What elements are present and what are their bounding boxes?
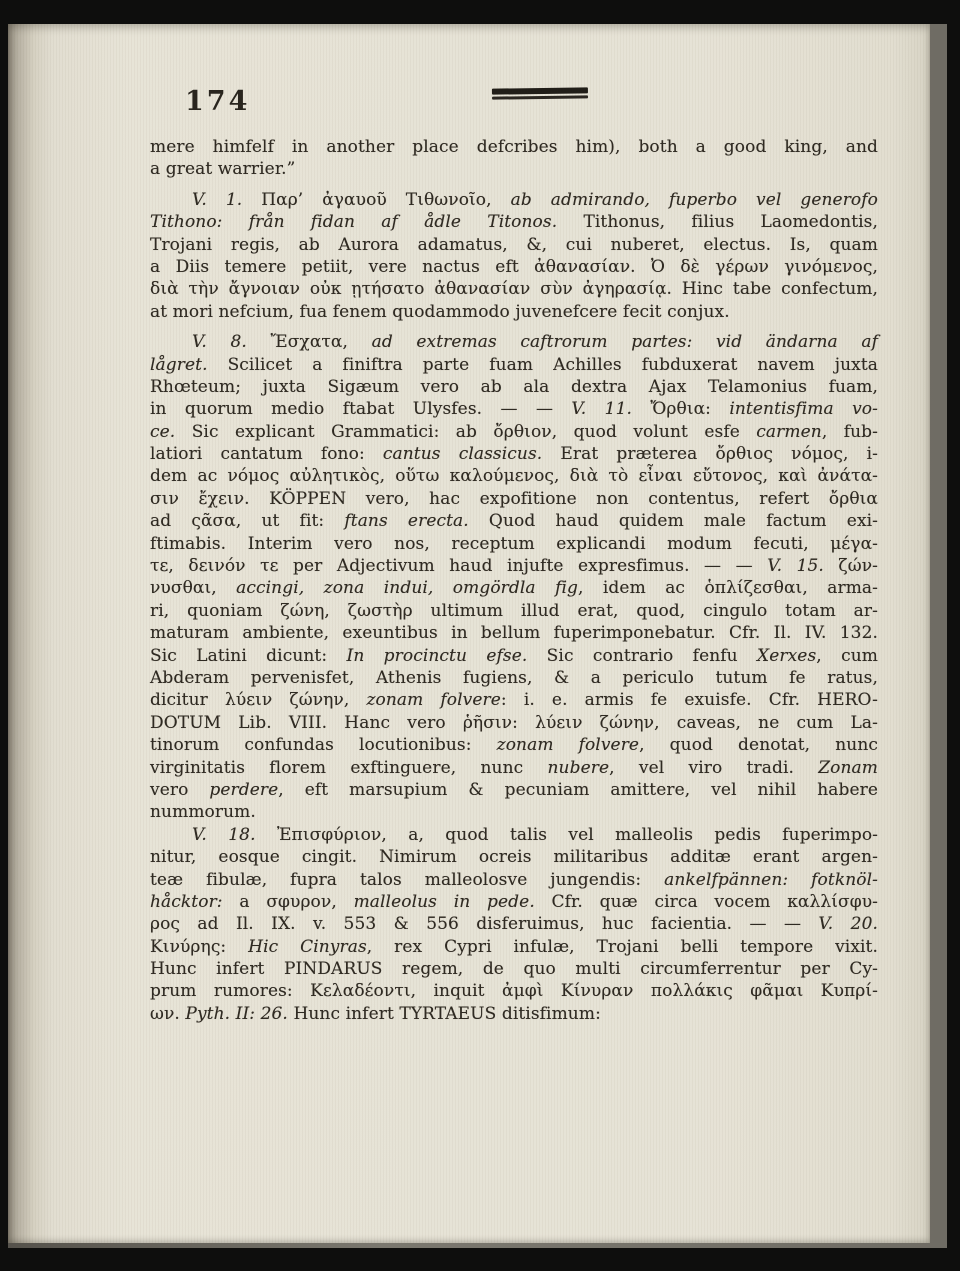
text-line: in quorum medio ftabat Ulysfes. — — V. 1… [150,398,878,420]
text-line: διὰ τὴν ἄγνοιαν οὐκ ῃτήσατο ἀθανασίαν σὺ… [150,278,878,300]
text-line: håcktor: a σφυρον, malleolus in pede. Cf… [150,891,878,913]
text-line: a great warrier.” [150,158,878,180]
text-line: nummorum. [150,801,878,823]
text-line: virginitatis florem exftinguere, nunc nu… [150,757,878,779]
text-line: lågret. Scilicet a finiftra parte fuam A… [150,354,878,376]
text-line: ftimabis. Interim vero nos, receptum exp… [150,533,878,555]
text-line: νυσθαι, accingi, zona indui, omgördla fi… [150,577,878,599]
text-line: DOTUM Lib. VIII. Hanc vero ῥῆσιν: λύειν … [150,712,878,734]
text-line: ρος ad Il. IX. v. 553 & 556 disferuimus,… [150,913,878,935]
text-line: prum rumores: Κελαδέοντι, inquit ἀμφὶ Κί… [150,980,878,1002]
text-line: dicitur λύειν ζώνην, zonam folvere: i. e… [150,689,878,711]
text-line: teæ fibulæ, fupra talos malleolosve jung… [150,869,878,891]
text-line: ων. Pyth. II: 26. Hunc infert TYRTAEUS d… [150,1003,878,1025]
text-line: ri, quoniam ζώνη, ζωστὴρ ultimum illud e… [150,600,878,622]
rule-bar-thick [492,87,588,94]
text-line: V. 1. Παρ’ ἀγαυοῦ Τιθωνοῖο, ab admirando… [150,189,878,211]
text-line: a Diis temere petiit, vere nactus eft ἀθ… [150,256,878,278]
text-line: Abderam pervenisfet, Athenis fugiens, & … [150,667,878,689]
text-line: dem ac νόμος αὐλητικὸς, οὕτω καλούμενος,… [150,465,878,487]
text-block: mere himfelf in another place defcribes … [150,136,878,1025]
text-line: maturam ambiente, exeuntibus in bellum f… [150,622,878,644]
text-line: Rhœteum; juxta Sigæum vero ab ala dextra… [150,376,878,398]
text-line: latiori cantatum fono: cantus classicus.… [150,443,878,465]
text-line: V. 18. Ἐπισφύριον, a, quod talis vel mal… [150,824,878,846]
text-line: vero perdere, eft marsupium & pecuniam a… [150,779,878,801]
book-page: 174 mere himfelf in another place defcri… [8,24,930,1243]
text-line: σιν ἔχειν. KÖPPEN vero, hac expofitione … [150,488,878,510]
text-line: Sic Latini dicunt: In procinctu efse. Si… [150,645,878,667]
page-number: 174 [185,86,250,117]
text-line: Trojani regis, ab Aurora adamatus, &, cu… [150,234,878,256]
text-line: tinorum confundas locutionibus: zonam fo… [150,734,878,756]
scanned-book-photo: 174 mere himfelf in another place defcri… [0,0,960,1271]
text-line: mere himfelf in another place defcribes … [150,136,878,158]
text-line: at mori nefcium, fua fenem quodammodo ju… [150,301,878,323]
text-line: Κινύρης: Hic Cinyras, rex Cypri infulæ, … [150,936,878,958]
text-line: V. 8. Ἔσχατα, ad extremas caftrorum part… [150,331,878,353]
text-line: ad ςᾶσα, ut fit: ftans erecta. Quod haud… [150,510,878,532]
text-line: nitur, eosque cingit. Nimirum ocreis mil… [150,846,878,868]
text-line: ce. Sic explicant Grammatici: ab ὄρθιον,… [150,421,878,443]
rule-bar-thin [492,95,588,99]
text-line: Hunc infert PINDARUS regem, de quo multi… [150,958,878,980]
text-line: Tithono: från fidan af ådle Titonos. Tit… [150,211,878,233]
double-rule-ornament [492,87,588,102]
text-line: τε, δεινόν τε per Adjectivum haud injuft… [150,555,878,577]
